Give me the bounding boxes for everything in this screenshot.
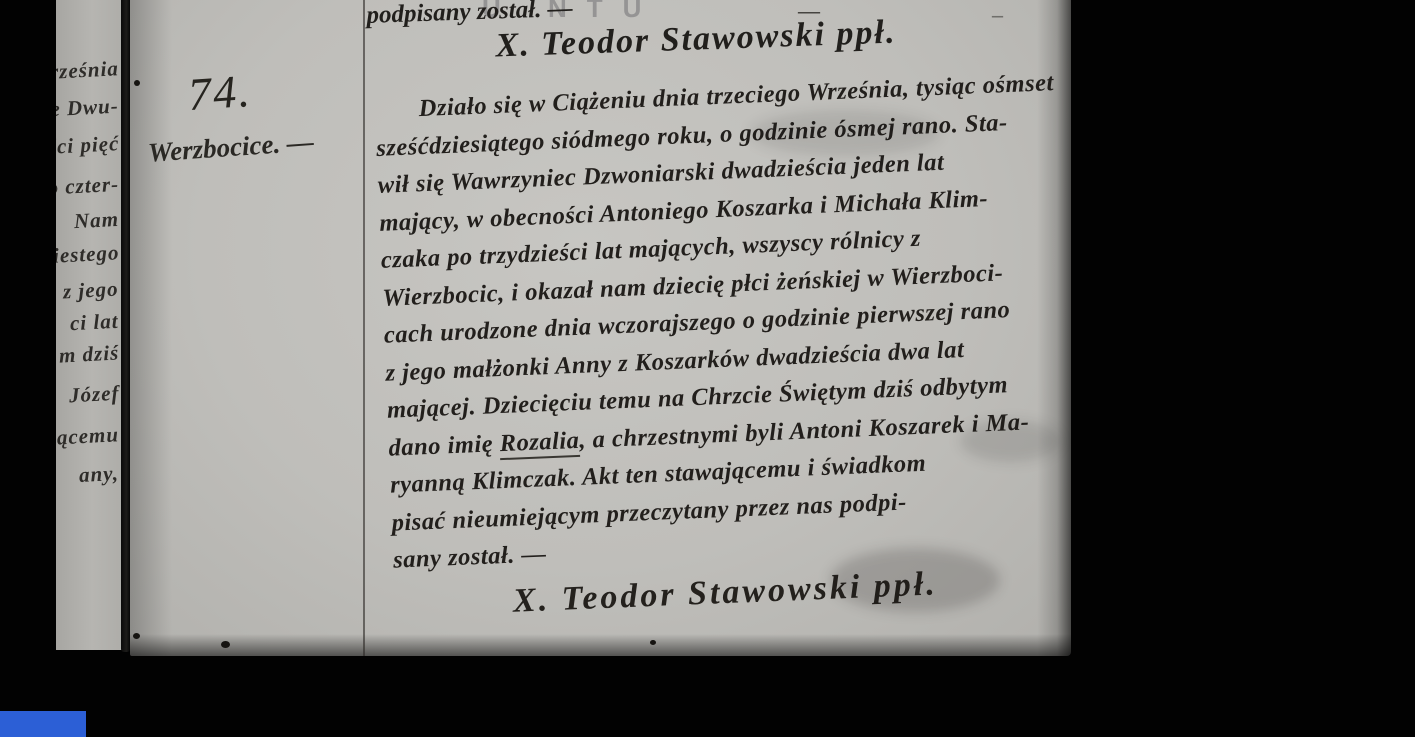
dust-speck bbox=[133, 633, 140, 639]
left-page-fragment: m dziś bbox=[58, 340, 119, 368]
dust-speck bbox=[134, 80, 140, 86]
left-page-fragment: inie Dwu- bbox=[56, 94, 120, 124]
left-page-fragment: any, bbox=[78, 461, 119, 488]
dust-speck bbox=[650, 640, 656, 645]
left-page-fragment: jącemu bbox=[56, 422, 120, 451]
previous-act-ending: podpisany został. — X. Teodor Stawowski … bbox=[366, 0, 1071, 70]
page-gutter-line bbox=[121, 0, 130, 652]
act-number: 74. bbox=[186, 64, 253, 121]
left-page-fragment: po czter- bbox=[56, 172, 120, 201]
left-page-fragment: dzieści pięć bbox=[56, 131, 120, 162]
ink-smudge bbox=[830, 548, 1000, 612]
left-page-fragment: z jego bbox=[63, 277, 120, 305]
margin-rule-line bbox=[363, 0, 365, 656]
left-page-fragment: ci lat bbox=[70, 309, 120, 337]
ink-smudge bbox=[960, 420, 1060, 462]
left-page-fragment: rześnia bbox=[56, 56, 120, 85]
act-text: dano imię bbox=[388, 430, 500, 462]
microfilm-scan-viewport: rześnia inie Dwu- dzieści pięć po czter-… bbox=[0, 0, 1415, 737]
left-page-fragment: iestego bbox=[56, 240, 120, 268]
left-page-fragment: Józef bbox=[68, 381, 120, 409]
scan-artifact-blue-bar bbox=[0, 711, 86, 737]
child-name-rozalia: Rozalia bbox=[499, 426, 580, 459]
dust-speck bbox=[221, 641, 230, 648]
act-place-name: Werzbocice. — bbox=[147, 126, 315, 169]
register-page: U NTU — – 74. Werzbocice. — podpisany zo… bbox=[130, 0, 1071, 656]
act-text-body: Działo się w Ciążeniu dnia trzeciego Wrz… bbox=[374, 63, 1071, 625]
previous-page-strip: rześnia inie Dwu- dzieści pięć po czter-… bbox=[56, 0, 122, 650]
ink-smudge bbox=[750, 110, 940, 156]
left-page-fragment: Nam bbox=[73, 207, 119, 234]
